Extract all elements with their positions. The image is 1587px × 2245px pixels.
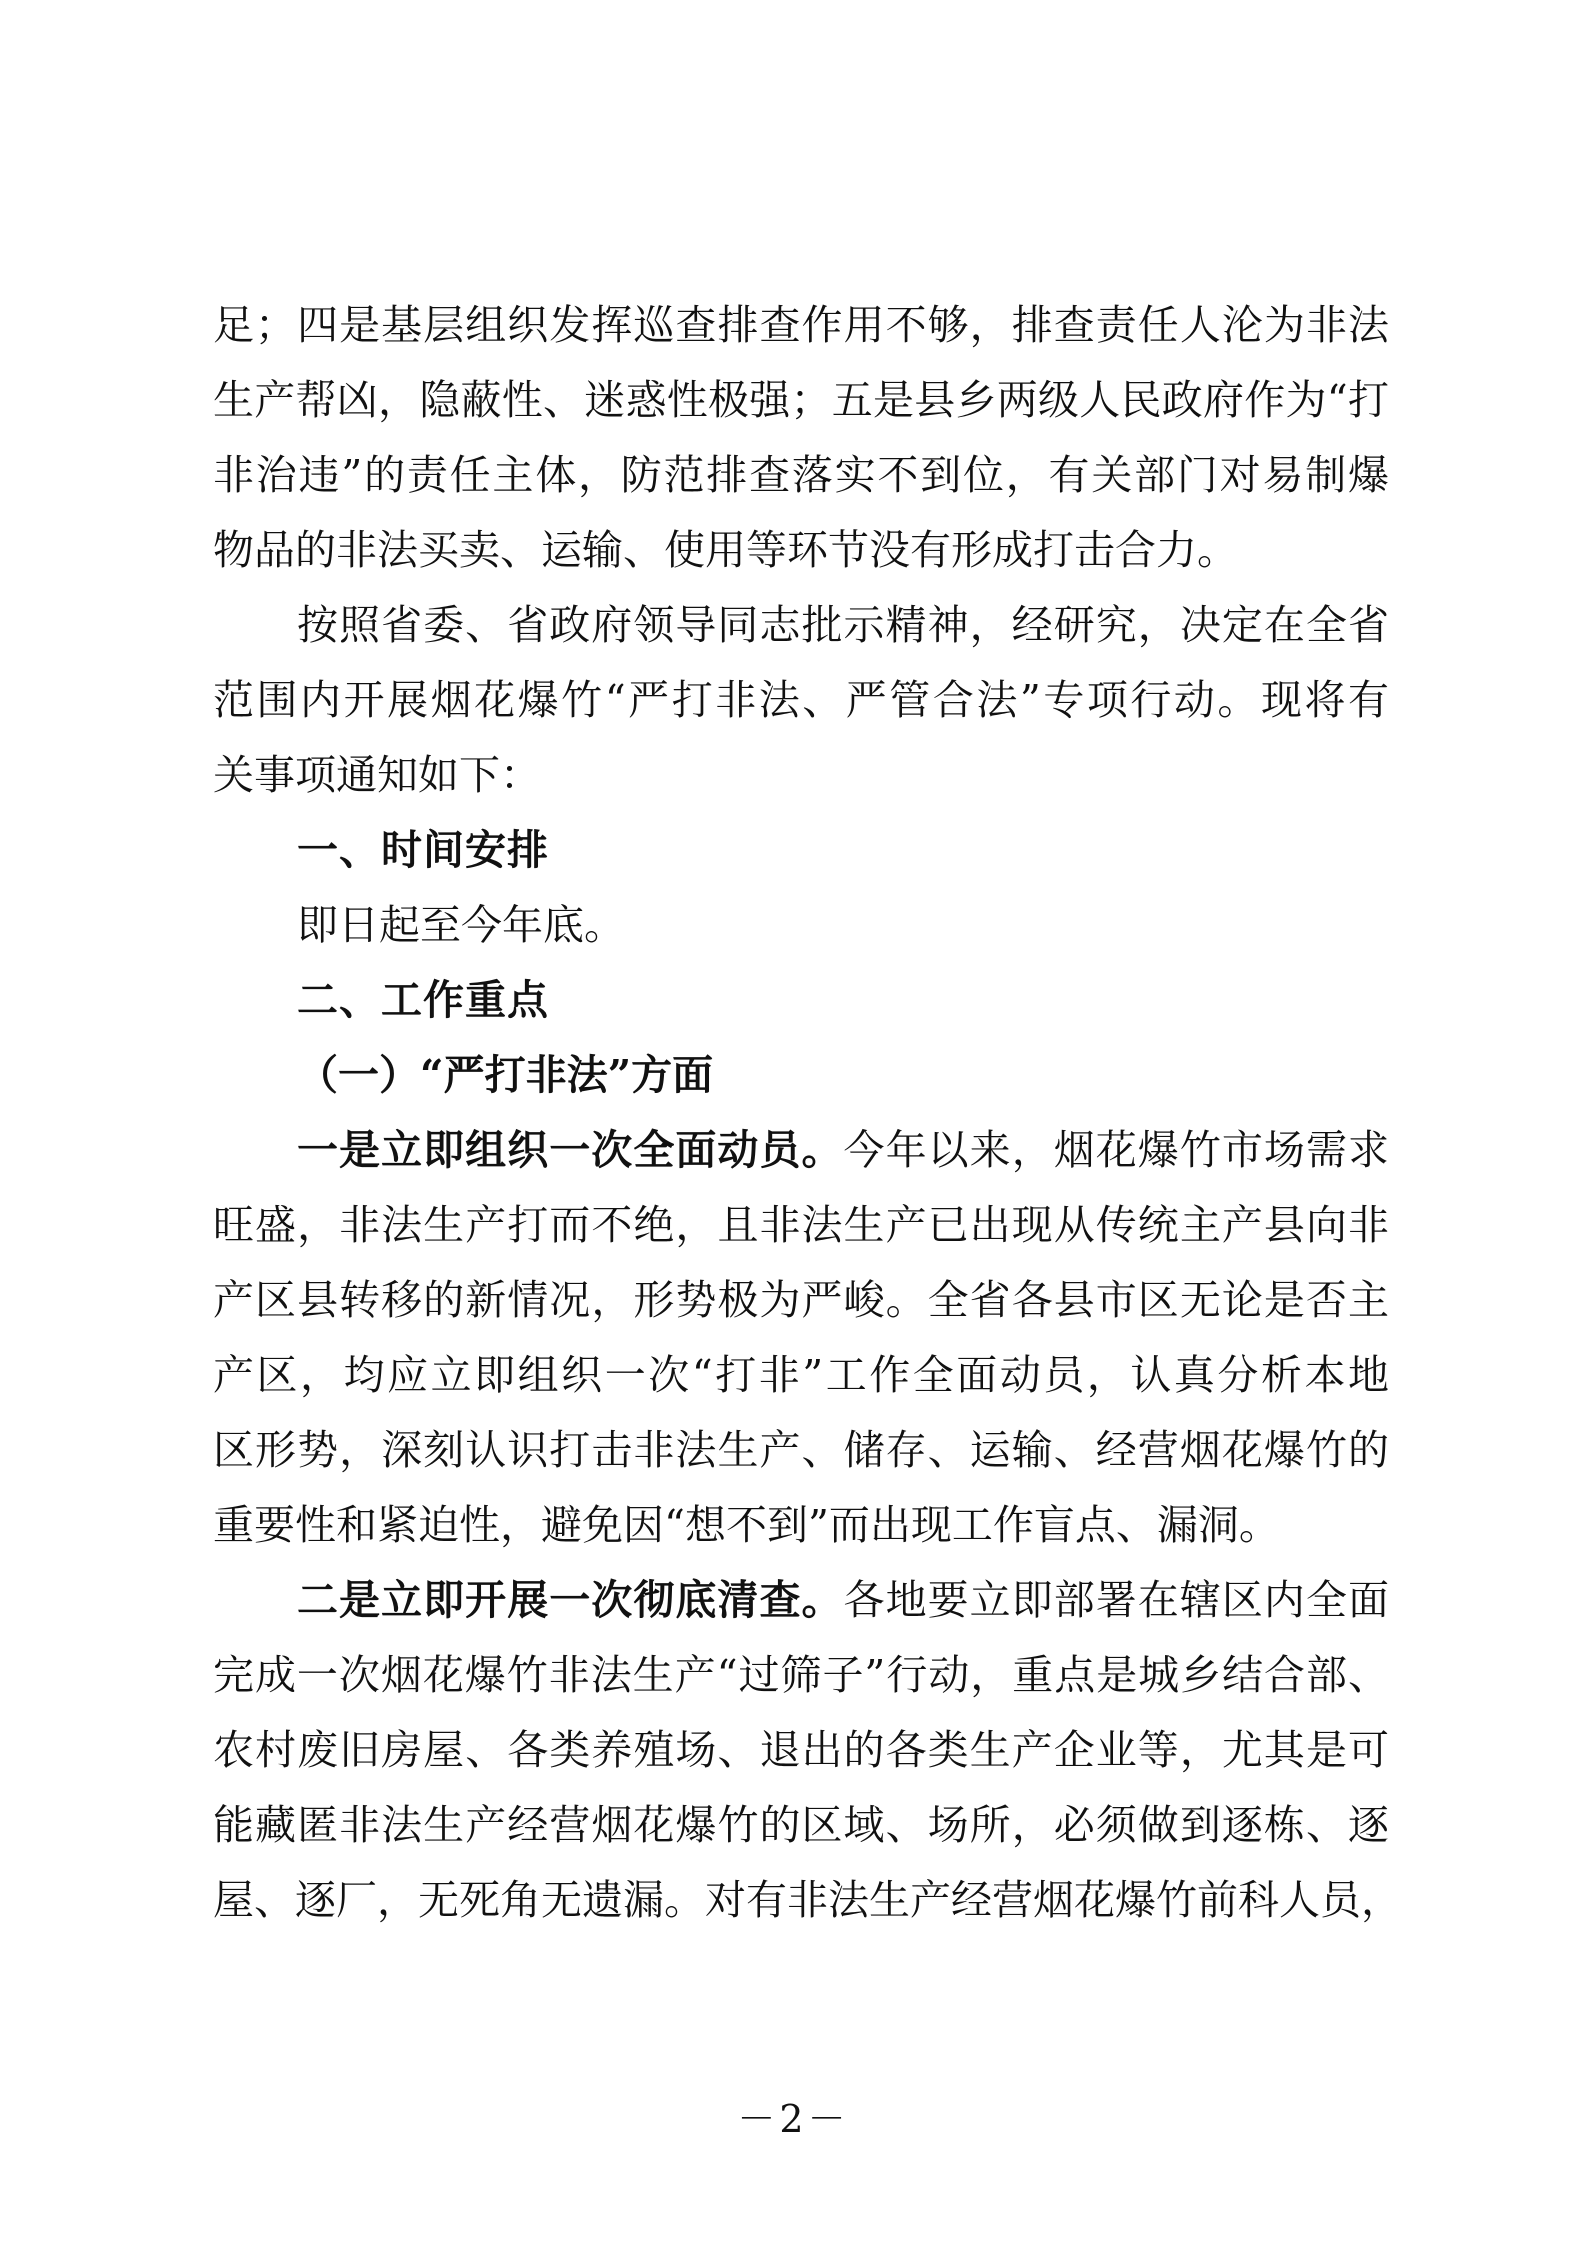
paragraph-line: 能藏匿非法生产经营烟花爆竹的区域、场所，必须做到逐栋、逐 [213,1800,1389,1875]
paragraph-text: 各地要立即部署在辖区内全面 [844,1576,1389,1624]
paragraph-line: 完成一次烟花爆竹非法生产“过筛子”行动，重点是城乡结合部、 [213,1650,1389,1725]
paragraph-line: 重要性和紧迫性，避免因“想不到”而出现工作盲点、漏洞。 [213,1500,1389,1575]
paragraph-line: 一是立即组织一次全面动员。今年以来，烟花爆竹市场需求 [297,1125,1389,1200]
paragraph-line: 范围内开展烟花爆竹“严打非法、严管合法”专项行动。现将有 [213,675,1389,750]
paragraph-lead: 二是立即开展一次彻底清查。 [297,1576,844,1624]
paragraph-line: 屋、逐厂，无死角无遗漏。对有非法生产经营烟花爆竹前科人员， [213,1875,1389,1950]
paragraph-text: 今年以来，烟花爆竹市场需求 [844,1126,1389,1174]
section-heading-time-schedule: 一、时间安排 [297,825,1389,900]
paragraph-lead: 一是立即组织一次全面动员。 [297,1126,844,1174]
page-number: －2－ [0,2088,1587,2143]
document-page: 足；四是基层组织发挥巡查排查作用不够，排查责任人沦为非法 生产帮凶，隐蔽性、迷惑… [0,0,1587,2245]
paragraph-line: 即日起至今年底。 [297,900,1389,975]
paragraph-line: 非治违”的责任主体，防范排查落实不到位，有关部门对易制爆 [213,450,1389,525]
paragraph-line: 农村废旧房屋、各类养殖场、退出的各类生产企业等，尤其是可 [213,1725,1389,1800]
paragraph-line: 物品的非法买卖、运输、使用等环节没有形成打击合力。 [213,525,1389,600]
paragraph-line: 关事项通知如下： [213,750,1389,825]
section-heading-work-focus: 二、工作重点 [297,975,1389,1050]
paragraph-line: 产区县转移的新情况，形势极为严峻。全省各县市区无论是否主 [213,1275,1389,1350]
paragraph-line: 产区，均应立即组织一次“打非”工作全面动员，认真分析本地 [213,1350,1389,1425]
paragraph-line: 区形势，深刻认识打击非法生产、储存、运输、经营烟花爆竹的 [213,1425,1389,1500]
paragraph-line: 二是立即开展一次彻底清查。各地要立即部署在辖区内全面 [297,1575,1389,1650]
paragraph-line: 按照省委、省政府领导同志批示精神，经研究，决定在全省 [297,600,1389,675]
paragraph-line: 生产帮凶，隐蔽性、迷惑性极强；五是县乡两级人民政府作为“打 [213,375,1389,450]
paragraph-line: 旺盛，非法生产打而不绝，且非法生产已出现从传统主产县向非 [213,1200,1389,1275]
paragraph-line: 足；四是基层组织发挥巡查排查作用不够，排查责任人沦为非法 [213,300,1389,375]
subsection-heading: （一）“严打非法”方面 [297,1050,1473,1125]
